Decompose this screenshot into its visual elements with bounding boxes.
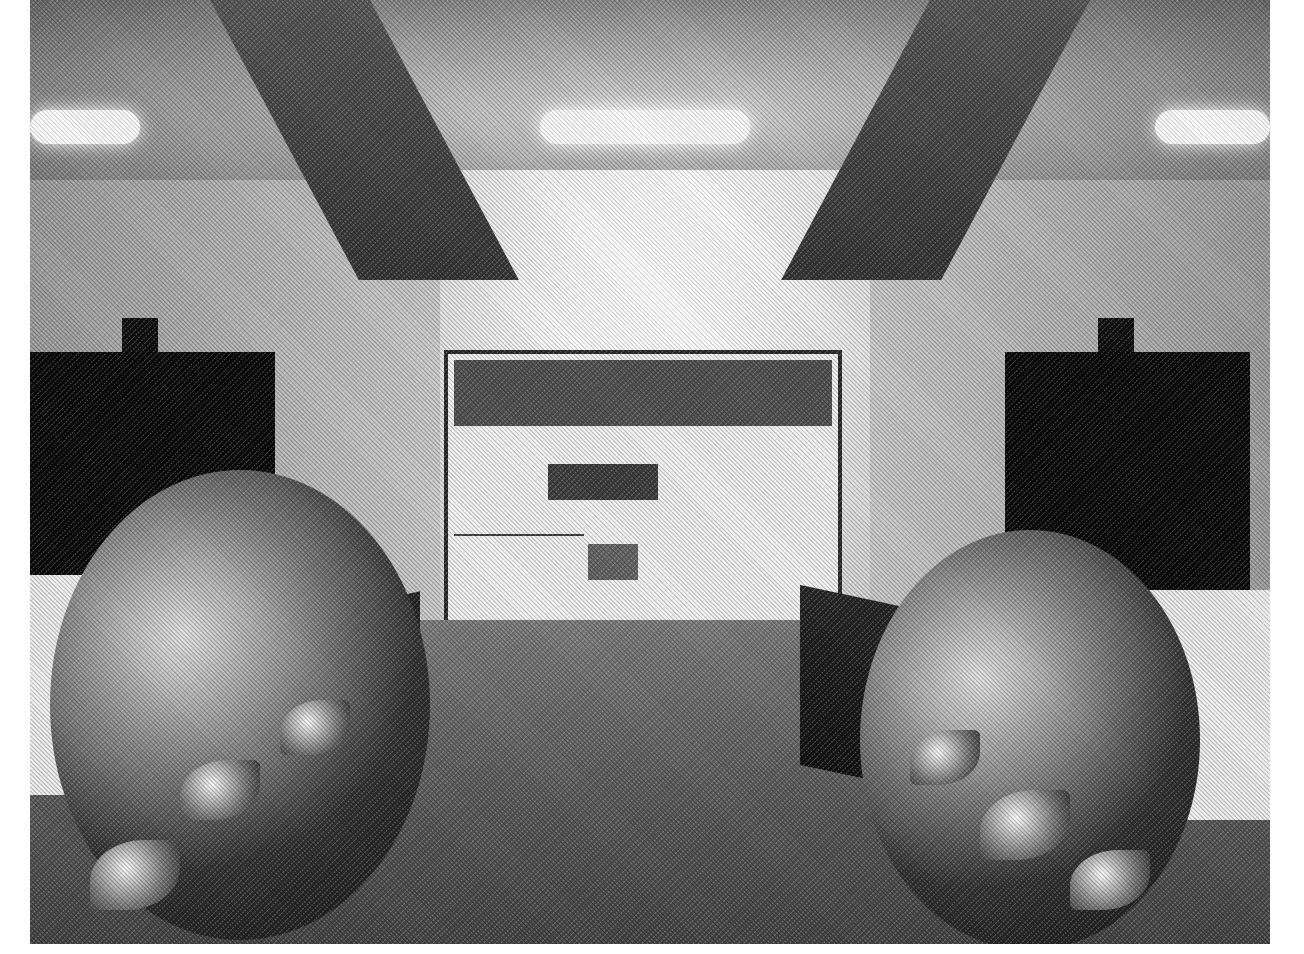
- film-grain-overlay: [30, 0, 1270, 944]
- interior-hall-photo: Interior of a public hall with arched ce…: [30, 0, 1270, 944]
